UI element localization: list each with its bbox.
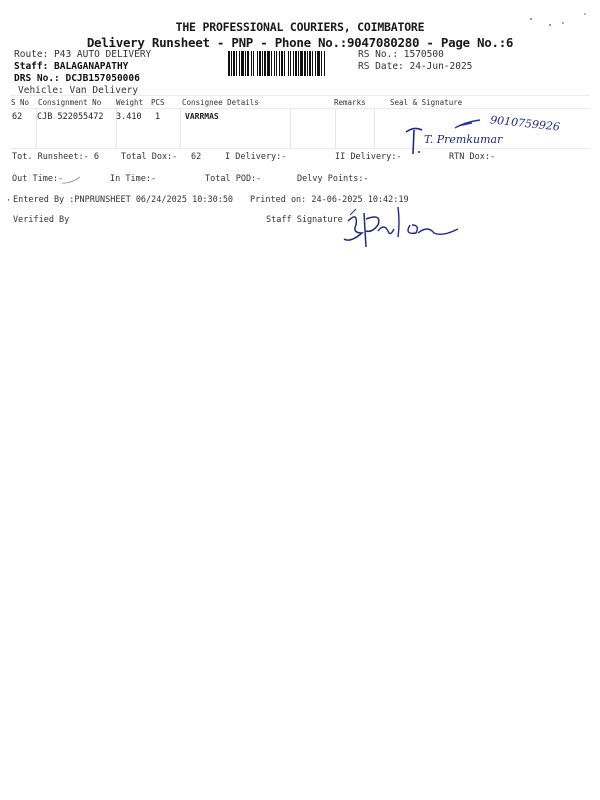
staff-label: Staff: BALAGANAPATHY [14,61,128,72]
out-time-mark [60,175,84,185]
cell-consignee: VARRMAS [185,112,219,121]
cell-pcs: 1 [155,112,160,122]
entered-by: Entered By :PNPRUNSHEET 06/24/2025 10:30… [13,195,233,205]
total-dox-value: 62 [191,152,201,162]
col-header-weight: Weight [116,98,143,107]
ii-delivery: II Delivery:- [335,152,402,162]
barcode [228,51,355,76]
speck [562,22,564,24]
speck [549,24,551,26]
total-pod: Total POD:- [205,174,261,184]
table-header-rule [10,108,590,109]
rtn-dox: RTN Dox:- [449,152,495,162]
rs-number: RS No.: 1570500 [358,49,444,60]
col-divider [374,108,375,148]
speck [584,13,586,15]
table-top-rule [10,95,590,96]
receiver-name-handwriting: T. Premkumar [424,133,502,146]
route-label: Route: P43 AUTO DELIVERY [14,49,151,60]
verified-by: Verified By [13,215,69,225]
tot-runsheet: Tot. Runsheet:- 6 [12,152,99,162]
out-time: Out Time:- [12,174,63,184]
delvy-points: Delvy Points:- [297,174,369,184]
col-header-consignee: Consignee Details [182,98,259,107]
col-divider [180,108,181,148]
total-dox-label: Total Dox:- [121,152,177,162]
col-header-consignment: Consignment No [38,98,101,107]
col-header-pcs: PCS [151,98,165,107]
runsheet-subtitle: Delivery Runsheet - PNP - Phone No.:9047… [0,35,600,50]
rs-date: RS Date: 24-Jun-2025 [358,61,472,72]
col-header-sno: S No [11,98,29,107]
drs-number: DRS No.: DCJB157050006 [14,73,140,84]
col-divider [335,108,336,148]
i-delivery: I Delivery:- [225,152,286,162]
cell-sno: 62 [12,112,22,122]
speck [530,18,532,20]
col-divider [290,108,291,148]
cell-consignment-no: CJB 522055472 [37,112,104,122]
bullet-dot: · [6,196,11,206]
in-time: In Time:- [110,174,156,184]
staff-signature-label: Staff Signature [266,215,343,225]
cell-weight: 3.410 [116,112,142,122]
company-title: THE PROFESSIONAL COURIERS, COIMBATORE [0,20,600,34]
staff-signature-handwriting [338,203,498,251]
col-header-seal: Seal & Signature [390,98,462,107]
col-header-remarks: Remarks [334,98,366,107]
